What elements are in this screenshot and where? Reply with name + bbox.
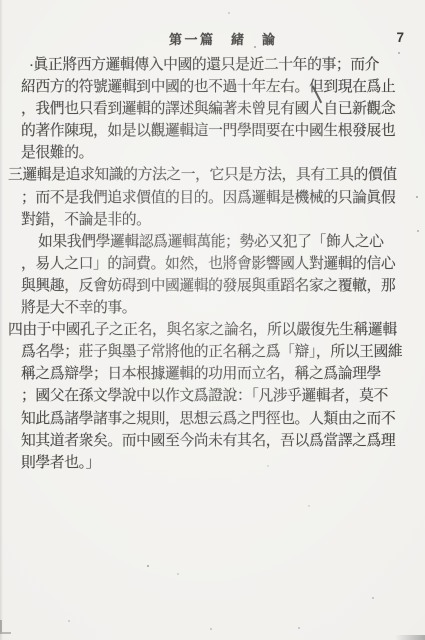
text-line: 如果我們學邏輯認爲邏輯萬能；勢必又犯了「飾人之心 [21,231,417,253]
text-line: ·眞正將西方邏輯傳入中國的還只是近二十年的事；而介 [21,54,417,76]
text-line: 與興趣，反會妨碍到中國邏輯的發展與重蹈名家之覆轍，那 [21,275,417,297]
text-line: 四由于中國孔子之正名，與名家之論名，所以嚴復先生稱邏輯 [8,319,417,341]
text-line: 稱之爲辯學；日本根據邏輯的功用而立名，稱之爲論理學 [21,363,417,385]
book-page: 第一篇 緒 論 7 ·眞正將西方邏輯傳入中國的還只是近二十年的事；而介紹西方的符… [0,0,425,640]
text-line: 的著作陳現，如是以觀邏輯這一門學問要在中國生根發展也 [21,120,417,142]
page-number: 7 [396,30,404,45]
text-line: 則學者也。」 [21,452,417,474]
text-line: 對錯，不論是非的。 [21,209,417,231]
page-edge-shadow [0,0,3,640]
scan-smudge-bottom-left [0,620,11,634]
text-line: 紹西方的符號邏輯到中國的也不過十年左右。但到現在爲止 [21,76,417,98]
text-line: 三邏輯是追求知識的方法之一，它只是方法，具有工具的價值 [8,164,417,186]
text-line: 將是大不幸的事。 [21,297,417,319]
text-line: ，我們也只看到邏輯的譯述與編著未曾見有國人自已新觀念 [21,98,417,120]
text-line: 是很難的。 [21,142,417,164]
text-block: ·眞正將西方邏輯傳入中國的還只是近二十年的事；而介紹西方的符號邏輯到中國的也不過… [21,54,417,474]
text-line: ；而不是我們追求價值的目的。因爲邏輯是機械的只論眞假 [21,187,417,209]
running-head: 第一篇 緒 論 7 [0,29,425,47]
text-line: ，易人之口」的詞費。如然，也將會影響國人對邏輯的信心 [21,253,417,275]
scan-smudge-bottom-right [395,635,425,640]
scan-specks [0,0,2,2]
text-line: 知此爲諸學諸事之規則，思想云爲之門徑也。人類由之而不 [21,408,417,430]
text-line: 知其道者衆矣。而中國至今尚未有其名，吾以爲當譯之爲理 [21,430,417,452]
text-line: ；國父在孫文學說中以作文爲證說：「凡涉乎邏輯者，莫不 [21,385,417,407]
chapter-heading: 第一篇 緒 論 [169,29,278,48]
text-line: 爲名學；莊子與墨子常將他的正名稱之爲「辯」，所以王國維 [21,341,417,363]
